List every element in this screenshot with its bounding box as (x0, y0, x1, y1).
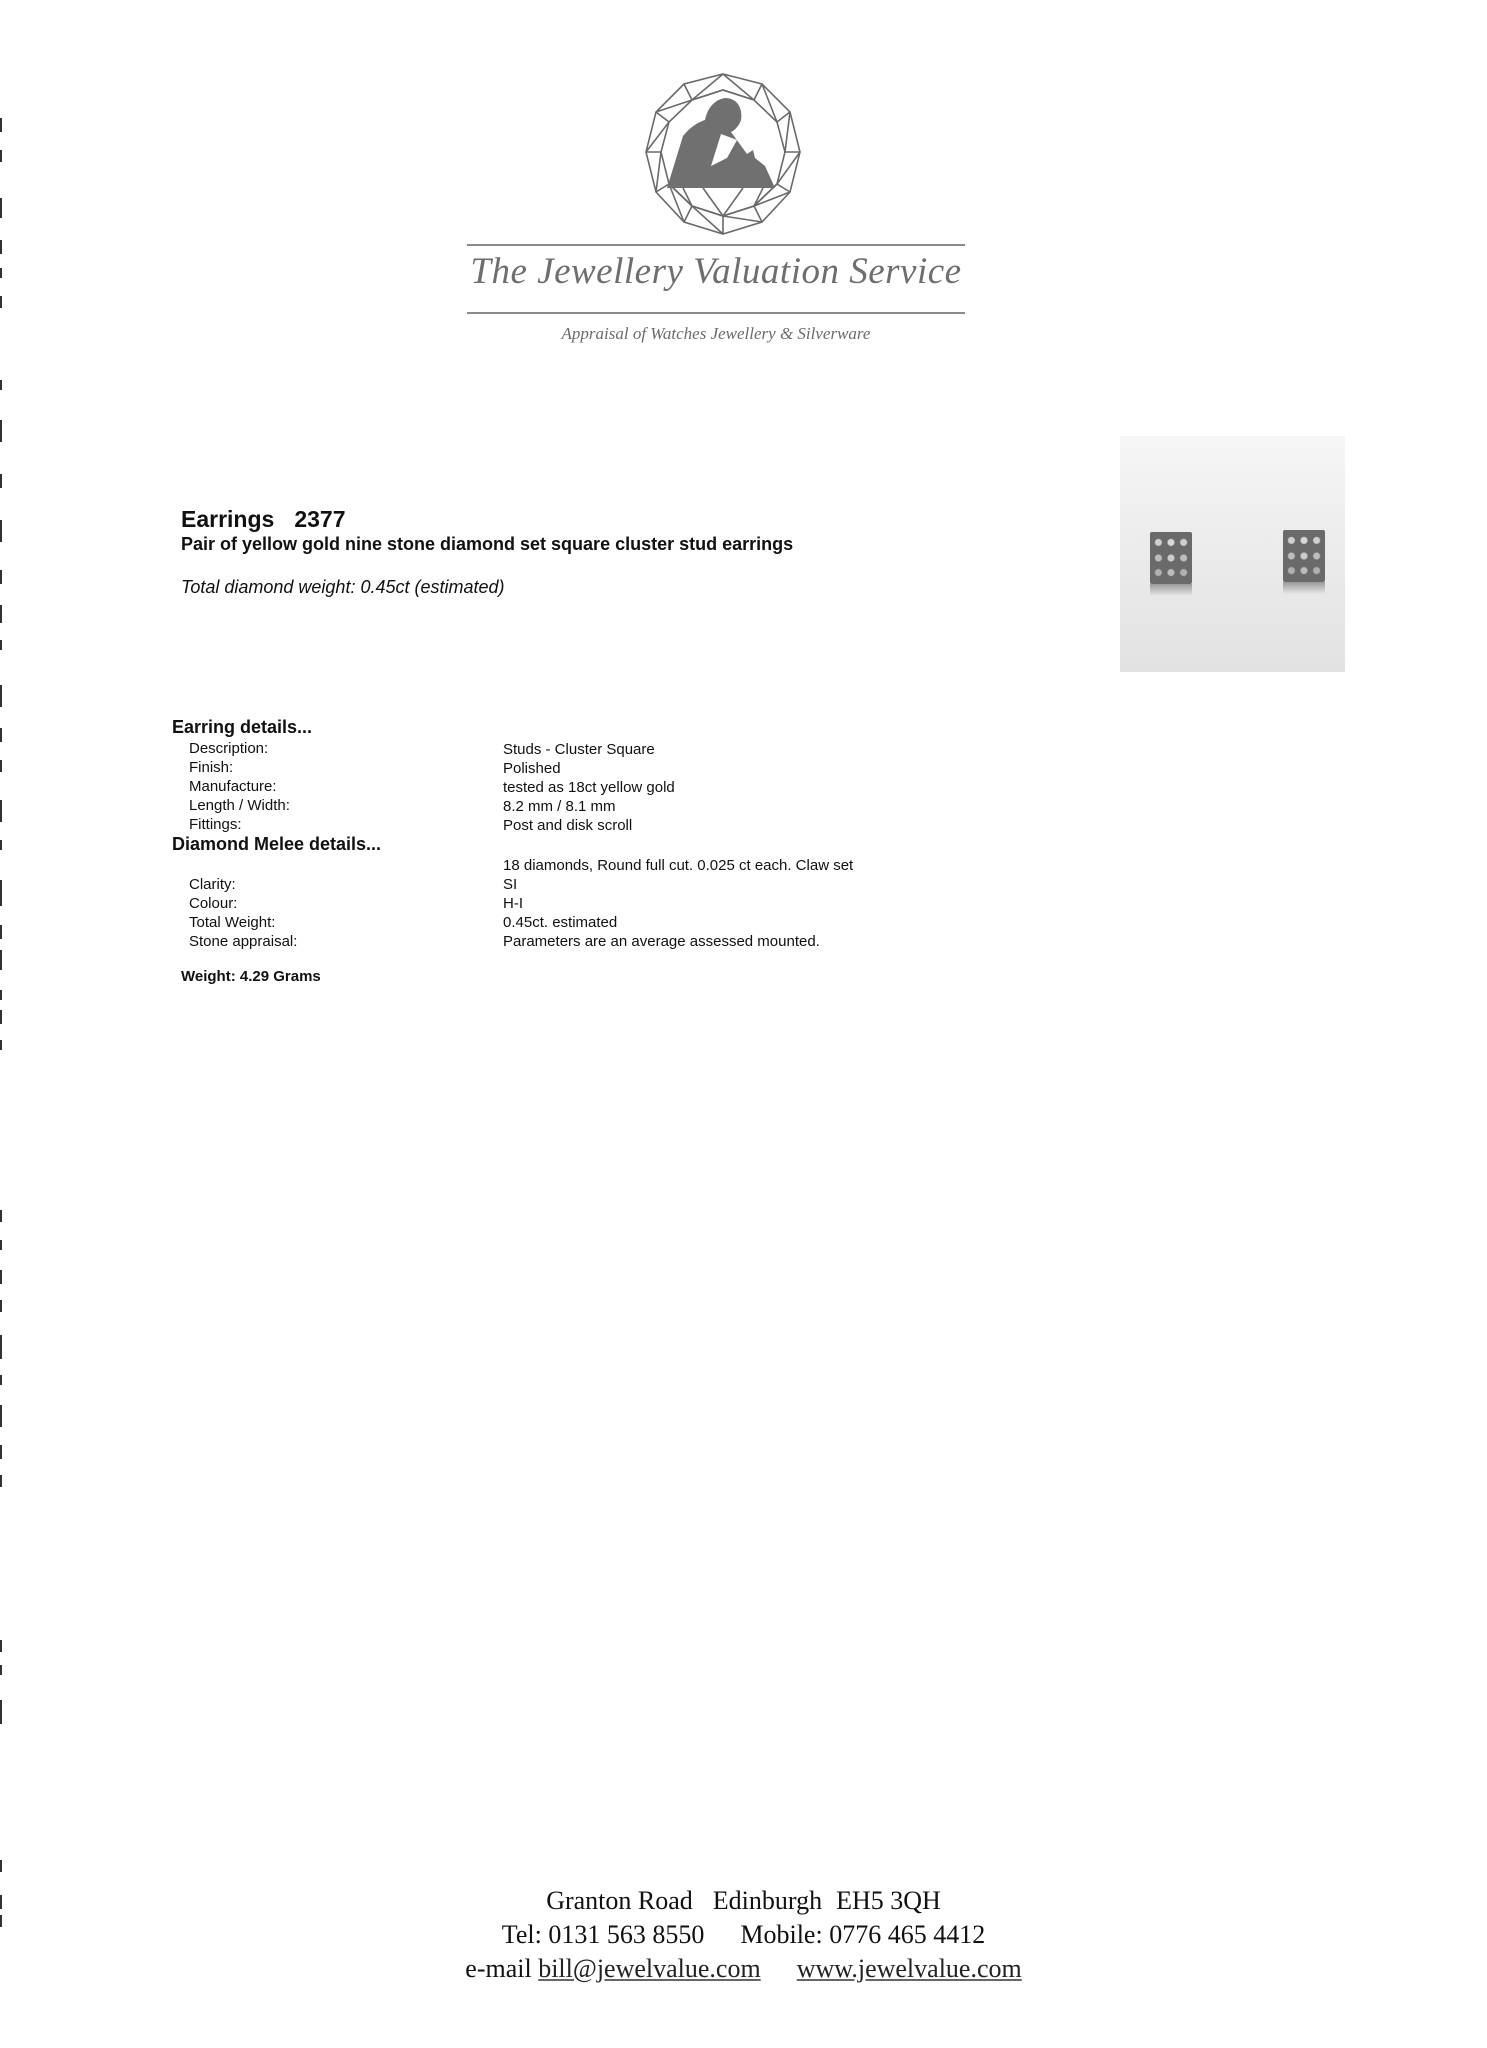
address-postcode: EH5 3QH (836, 1886, 941, 1915)
item-number: 2377 (294, 506, 345, 532)
item-weight: Weight: 4.29 Grams (181, 968, 321, 985)
telephone: Tel: 0131 563 8550 (502, 1920, 705, 1949)
detail-value: Polished (503, 760, 561, 777)
footer-address: Granton RoadEdinburghEH5 3QH (0, 1886, 1487, 1916)
detail-value: tested as 18ct yellow gold (503, 779, 675, 796)
item-subtitle: Pair of yellow gold nine stone diamond s… (181, 534, 793, 555)
footer-contact: e-mail bill@jewelvalue.comwww.jewelvalue… (0, 1954, 1487, 1984)
header-top-rule (467, 244, 965, 246)
address-street: Granton Road (546, 1886, 693, 1915)
detail-label: Manufacture: (189, 778, 277, 795)
mobile: Mobile: 0776 465 4412 (740, 1920, 985, 1949)
detail-label: Fittings: (189, 816, 242, 833)
brand-tagline: Appraisal of Watches Jewellery & Silverw… (467, 324, 965, 344)
item-category: Earrings (181, 506, 274, 532)
total-diamond-weight: Total diamond weight: 0.45ct (estimated) (181, 577, 505, 598)
detail-label: Description: (189, 740, 268, 757)
earring-details-heading: Earring details... (172, 717, 312, 738)
address-city: Edinburgh (713, 1886, 822, 1915)
footer-phones: Tel: 0131 563 8550Mobile: 0776 465 4412 (0, 1920, 1487, 1950)
detail-value: Post and disk scroll (503, 817, 632, 834)
detail-label: Total Weight: (189, 914, 275, 931)
brand-title: The Jewellery Valuation Service (467, 250, 965, 293)
detail-label: Stone appraisal: (189, 933, 297, 950)
detail-value: Parameters are an average assessed mount… (503, 933, 820, 950)
detail-label: Length / Width: (189, 797, 290, 814)
item-title: Earrings2377 (181, 506, 346, 533)
detail-value: H-I (503, 895, 523, 912)
detail-label: Finish: (189, 759, 233, 776)
detail-label: Clarity: (189, 876, 236, 893)
melee-summary: 18 diamonds, Round full cut. 0.025 ct ea… (503, 857, 853, 874)
earrings-photo (1120, 436, 1345, 672)
email-link[interactable]: bill@jewelvalue.com (538, 1954, 761, 1983)
website-link[interactable]: www.jewelvalue.com (797, 1954, 1022, 1983)
detail-label: Colour: (189, 895, 237, 912)
detail-value: SI (503, 876, 517, 893)
earring-stud-left (1150, 532, 1192, 584)
header-bottom-rule (467, 312, 965, 314)
melee-details-heading: Diamond Melee details... (172, 834, 381, 855)
earring-stud-right (1283, 530, 1325, 582)
detail-value: 0.45ct. estimated (503, 914, 617, 931)
diamond-jeweller-silhouette-icon (643, 70, 803, 238)
detail-value: Studs - Cluster Square (503, 741, 655, 758)
email-label: e-mail (465, 1954, 531, 1983)
detail-value: 8.2 mm / 8.1 mm (503, 798, 616, 815)
